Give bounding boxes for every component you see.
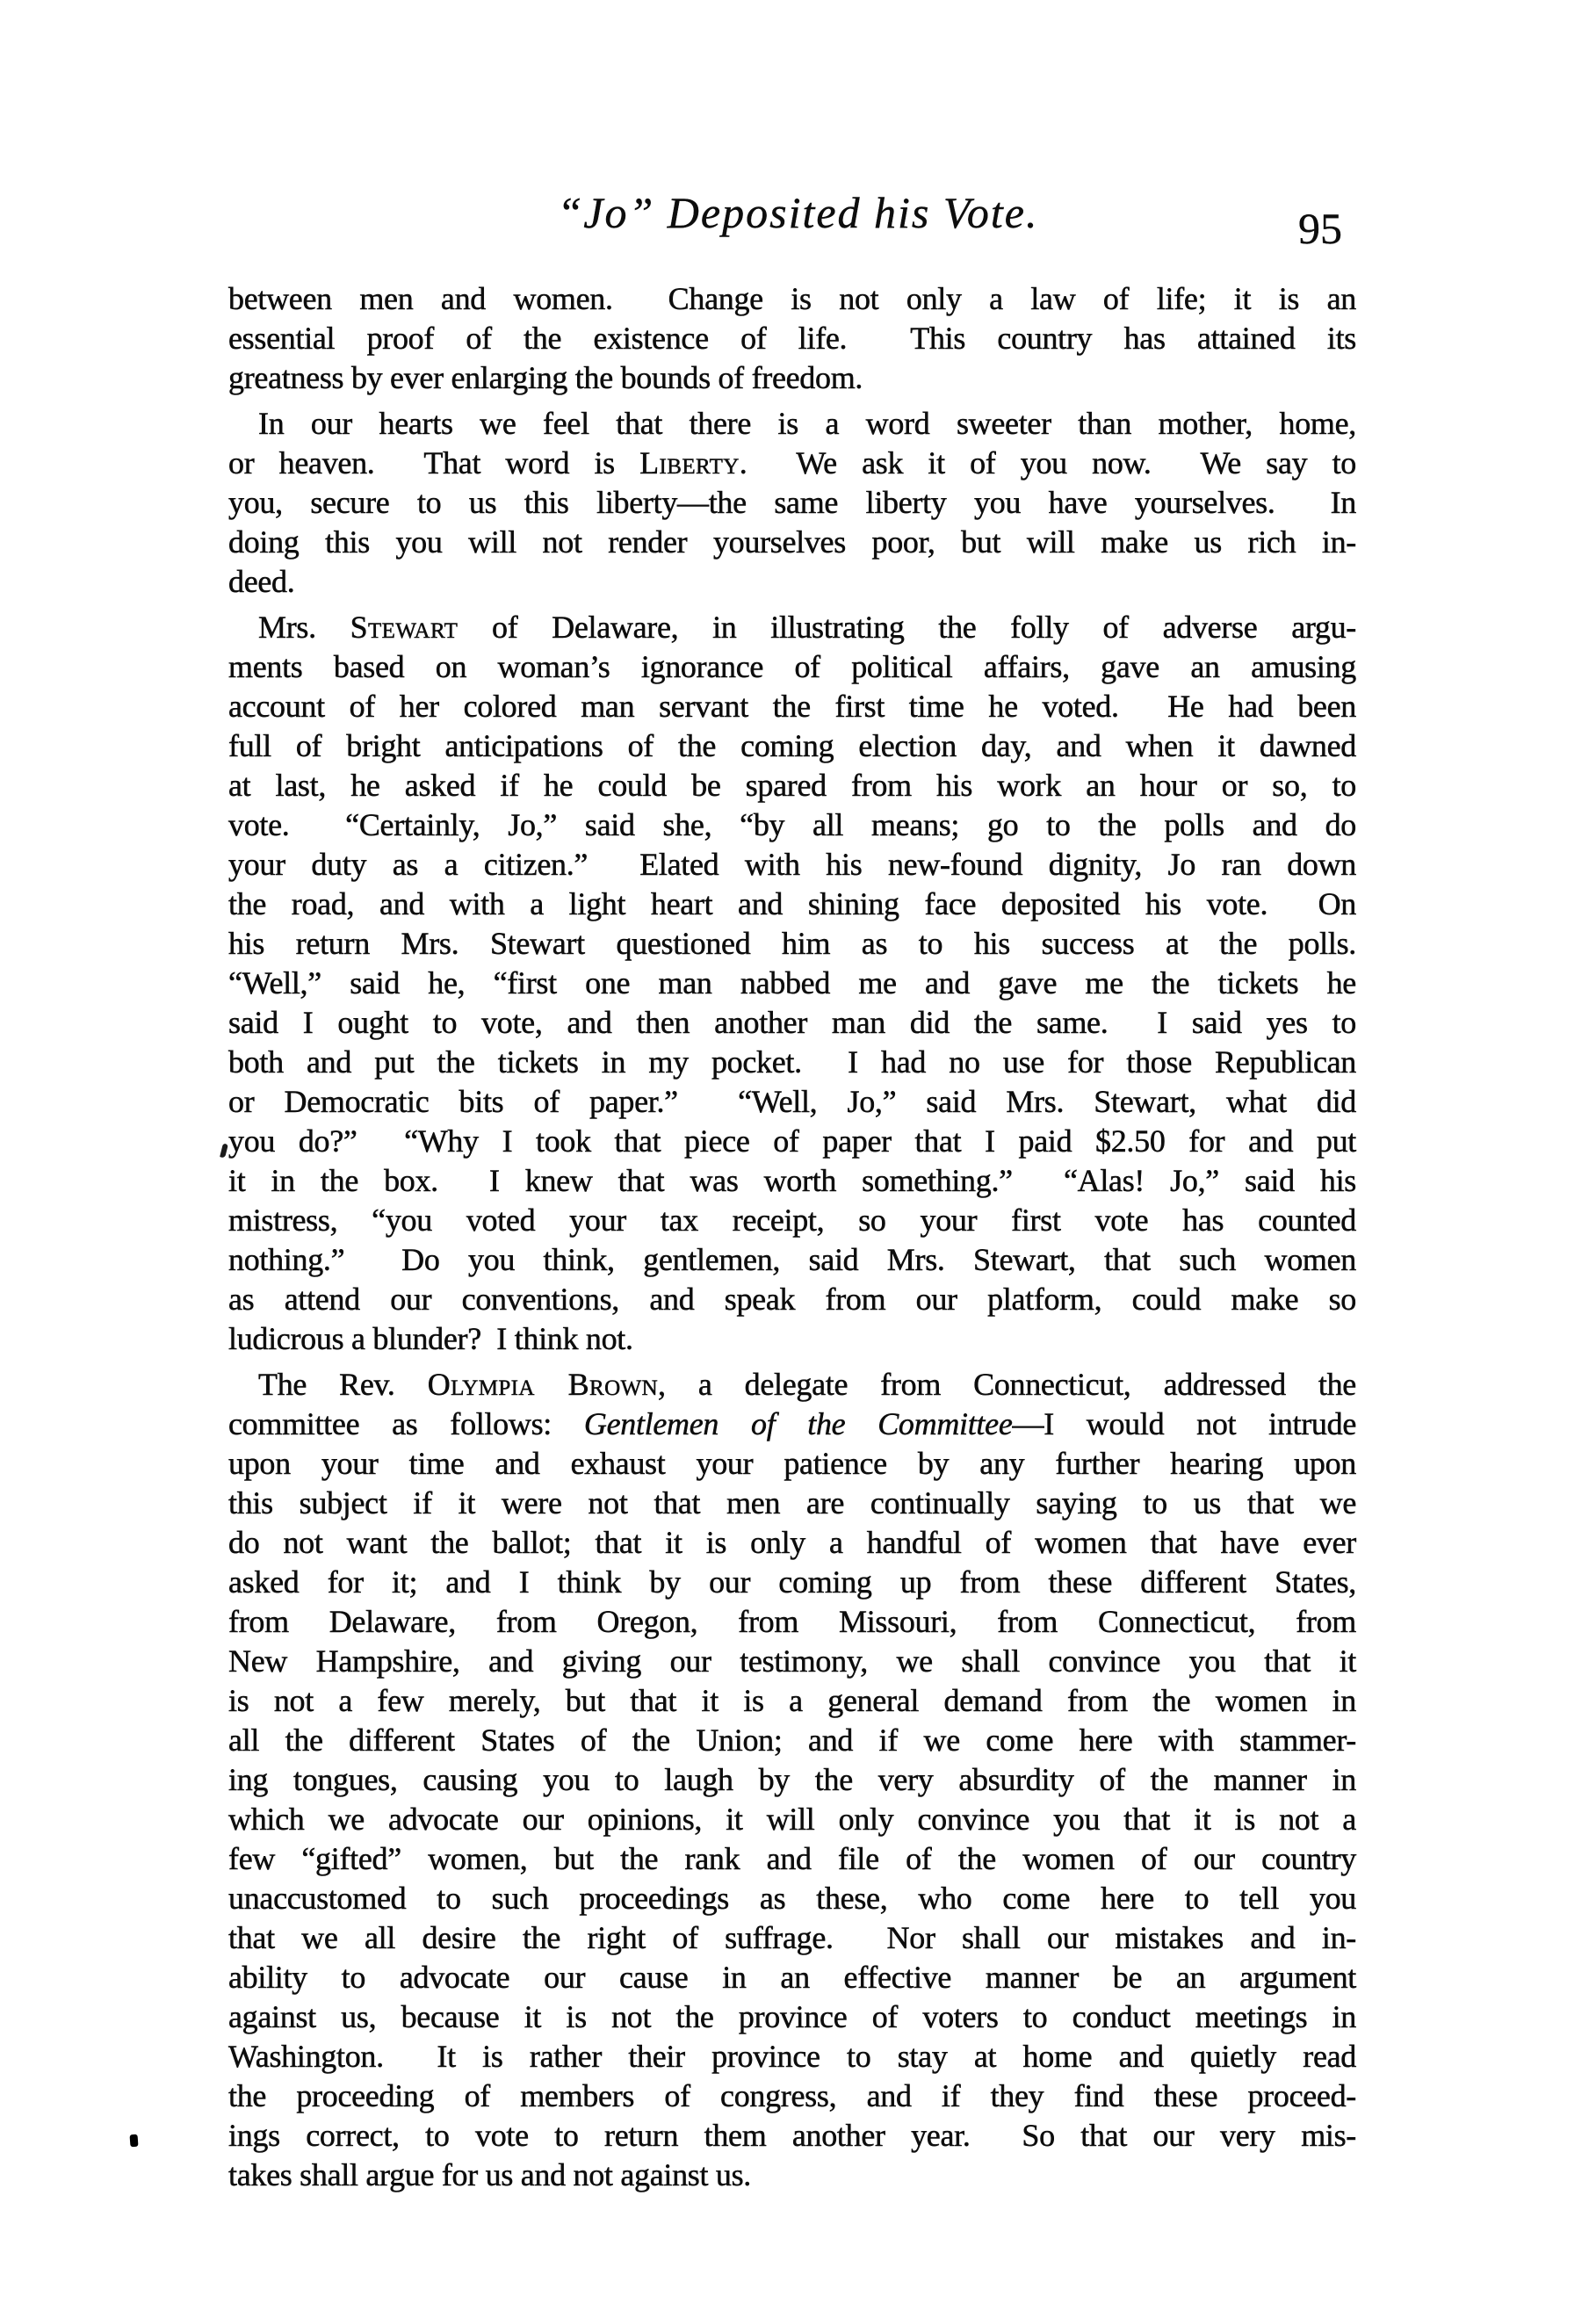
text-segment: full of bright anticipations of the comi… xyxy=(228,728,1356,763)
body-text: between men and women. Change is not onl… xyxy=(228,279,1356,2195)
document-page: “Jo” Deposited his Vote. 95 between men … xyxy=(0,0,1596,2304)
paragraph: between men and women. Change is not onl… xyxy=(228,279,1356,398)
text-line: the road, and with a light heart and shi… xyxy=(228,885,1356,924)
text-line: between men and women. Change is not onl… xyxy=(228,279,1356,319)
text-line: full of bright anticipations of the comi… xyxy=(228,726,1356,766)
text-segment: greatness by ever enlarging the bounds o… xyxy=(228,360,863,395)
text-segment: this subject if it were not that men are… xyxy=(228,1485,1356,1520)
text-segment: asked for it; and I think by our coming … xyxy=(228,1564,1356,1600)
text-line: committee as follows: Gentlemen of the C… xyxy=(228,1405,1356,1444)
text-line: Mrs. Stewart of Delaware, in illustratin… xyxy=(228,608,1356,647)
text-segment: said I ought to vote, and then another m… xyxy=(228,1005,1356,1040)
text-line: greatness by ever enlarging the bounds o… xyxy=(228,358,1356,398)
text-line: account of her colored man servant the f… xyxy=(228,687,1356,726)
page-title: “Jo” Deposited his Vote. xyxy=(0,191,1596,235)
text-segment: doing this you will not render yourselve… xyxy=(228,524,1356,560)
text-line: or heaven. That word is Liberty. We ask … xyxy=(228,444,1356,483)
text-segment: New Hampshire, and giving our testimony,… xyxy=(228,1643,1356,1679)
text-line: takes shall argue for us and not against… xyxy=(228,2156,1356,2195)
text-line: you, secure to us this liberty—the same … xyxy=(228,483,1356,523)
text-segment: Washington. It is rather their province … xyxy=(228,2039,1356,2074)
text-line: ings correct, to vote to return them ano… xyxy=(228,2116,1356,2156)
text-segment: your duty as a citizen.” Elated with his… xyxy=(228,847,1356,882)
text-segment: . We ask it of you now. We say to xyxy=(740,445,1356,480)
text-segment: essential proof of the existence of life… xyxy=(228,321,1356,356)
text-line: doing this you will not render yourselve… xyxy=(228,523,1356,562)
text-segment: do not want the ballot; that it is only … xyxy=(228,1525,1356,1560)
text-segment: all the different States of the Union; a… xyxy=(228,1723,1356,1758)
text-segment: that we all desire the right of suffrage… xyxy=(228,1920,1356,1955)
text-segment: nothing.” Do you think, gentlemen, said … xyxy=(228,1242,1356,1277)
text-line: that we all desire the right of suffrage… xyxy=(228,1918,1356,1958)
text-line: against us, because it is not the provin… xyxy=(228,1997,1356,2037)
text-segment: his return Mrs. Stewart questioned him a… xyxy=(228,926,1356,961)
text-line: you do?” “Why I took that piece of paper… xyxy=(228,1122,1356,1161)
text-segment: ing tongues, causing you to laugh by the… xyxy=(228,1762,1356,1797)
text-line: it in the box. I knew that was worth som… xyxy=(228,1161,1356,1201)
text-line: your duty as a citizen.” Elated with his… xyxy=(228,845,1356,885)
text-segment: vote. “Certainly, Jo,” said she, “by all… xyxy=(228,807,1356,842)
text-segment: at last, he asked if he could be spared … xyxy=(228,768,1356,803)
text-line: upon your time and exhaust your patience… xyxy=(228,1444,1356,1484)
text-line: essential proof of the existence of life… xyxy=(228,319,1356,358)
text-segment: —I would not intrude xyxy=(1013,1406,1357,1441)
text-segment: unaccustomed to such proceedings as thes… xyxy=(228,1881,1356,1916)
text-line: is not a few merely, but that it is a ge… xyxy=(228,1681,1356,1721)
text-line: mistress, “you voted your tax receipt, s… xyxy=(228,1201,1356,1240)
text-line: In our hearts we feel that there is a wo… xyxy=(228,404,1356,444)
text-segment: you do?” “Why I took that piece of paper… xyxy=(228,1123,1356,1159)
text-segment: you, secure to us this liberty—the same … xyxy=(228,485,1356,520)
text-line: do not want the ballot; that it is only … xyxy=(228,1523,1356,1563)
small-caps-text: Stewart xyxy=(350,610,459,645)
text-segment: which we advocate our opinions, it will … xyxy=(228,1802,1356,1837)
text-line: ments based on woman’s ignorance of poli… xyxy=(228,647,1356,687)
text-segment: deed. xyxy=(228,564,294,599)
text-segment: between men and women. Change is not onl… xyxy=(228,281,1356,316)
text-line: ludicrous a blunder? I think not. xyxy=(228,1319,1356,1359)
italic-text: Gentlemen of the Committee xyxy=(584,1406,1013,1441)
text-segment: committee as follows: xyxy=(228,1406,584,1441)
scan-speck-dot xyxy=(130,2134,139,2148)
text-segment: as attend our conventions, and speak fro… xyxy=(228,1282,1356,1317)
paragraph: The Rev. Olympia Brown, a delegate from … xyxy=(228,1365,1356,2195)
text-segment: “Well,” said he, “first one man nabbed m… xyxy=(228,965,1356,1000)
text-segment: or heaven. That word is xyxy=(228,445,639,480)
text-segment: ments based on woman’s ignorance of poli… xyxy=(228,649,1356,684)
text-line: as attend our conventions, and speak fro… xyxy=(228,1280,1356,1319)
text-segment: it in the box. I knew that was worth som… xyxy=(228,1163,1356,1198)
text-segment: or Democratic bits of paper.” “Well, Jo,… xyxy=(228,1084,1356,1119)
small-caps-text: Liberty xyxy=(639,445,740,480)
text-segment: account of her colored man servant the f… xyxy=(228,689,1356,724)
text-line: at last, he asked if he could be spared … xyxy=(228,766,1356,805)
paragraph: In our hearts we feel that there is a wo… xyxy=(228,404,1356,602)
paragraph: Mrs. Stewart of Delaware, in illustratin… xyxy=(228,608,1356,1359)
text-segment: upon your time and exhaust your patience… xyxy=(228,1446,1356,1481)
text-segment: In our hearts we feel that there is a wo… xyxy=(258,406,1356,441)
text-line: which we advocate our opinions, it will … xyxy=(228,1800,1356,1839)
text-line: “Well,” said he, “first one man nabbed m… xyxy=(228,964,1356,1003)
text-line: The Rev. Olympia Brown, a delegate from … xyxy=(228,1365,1356,1405)
text-line: or Democratic bits of paper.” “Well, Jo,… xyxy=(228,1082,1356,1122)
text-segment: Mrs. xyxy=(258,610,350,645)
small-caps-text: Olympia Brown xyxy=(428,1367,658,1402)
text-segment: the proceeding of members of congress, a… xyxy=(228,2078,1356,2113)
text-line: this subject if it were not that men are… xyxy=(228,1484,1356,1523)
text-line: said I ought to vote, and then another m… xyxy=(228,1003,1356,1043)
text-line: New Hampshire, and giving our testimony,… xyxy=(228,1642,1356,1681)
page-number: 95 xyxy=(1298,206,1342,250)
text-segment: ability to advocate our cause in an effe… xyxy=(228,1960,1356,1995)
text-segment: against us, because it is not the provin… xyxy=(228,1999,1356,2034)
text-line: vote. “Certainly, Jo,” said she, “by all… xyxy=(228,805,1356,845)
text-line: his return Mrs. Stewart questioned him a… xyxy=(228,924,1356,964)
text-line: both and put the tickets in my pocket. I… xyxy=(228,1043,1356,1082)
text-segment: is not a few merely, but that it is a ge… xyxy=(228,1683,1356,1718)
text-line: nothing.” Do you think, gentlemen, said … xyxy=(228,1240,1356,1280)
text-segment: ings correct, to vote to return them ano… xyxy=(228,2118,1356,2153)
text-line: from Delaware, from Oregon, from Missour… xyxy=(228,1602,1356,1642)
scan-speck-comma xyxy=(220,1144,228,1159)
text-segment: of Delaware, in illustrating the folly o… xyxy=(458,610,1356,645)
text-segment: both and put the tickets in my pocket. I… xyxy=(228,1044,1356,1080)
text-segment: from Delaware, from Oregon, from Missour… xyxy=(228,1604,1356,1639)
text-segment: takes shall argue for us and not against… xyxy=(228,2157,751,2192)
text-line: all the different States of the Union; a… xyxy=(228,1721,1356,1760)
text-segment: mistress, “you voted your tax receipt, s… xyxy=(228,1203,1356,1238)
text-line: ing tongues, causing you to laugh by the… xyxy=(228,1760,1356,1800)
text-line: Washington. It is rather their province … xyxy=(228,2037,1356,2076)
text-line: asked for it; and I think by our coming … xyxy=(228,1563,1356,1602)
text-line: the proceeding of members of congress, a… xyxy=(228,2076,1356,2116)
text-segment: , a delegate from Connecticut, addressed… xyxy=(658,1367,1356,1402)
text-segment: ludicrous a blunder? I think not. xyxy=(228,1321,633,1356)
text-line: ability to advocate our cause in an effe… xyxy=(228,1958,1356,1997)
text-line: unaccustomed to such proceedings as thes… xyxy=(228,1879,1356,1918)
text-line: few “gifted” women, but the rank and fil… xyxy=(228,1839,1356,1879)
text-segment: the road, and with a light heart and shi… xyxy=(228,886,1356,921)
text-segment: The Rev. xyxy=(258,1367,428,1402)
text-segment: few “gifted” women, but the rank and fil… xyxy=(228,1841,1356,1876)
text-line: deed. xyxy=(228,562,1356,602)
